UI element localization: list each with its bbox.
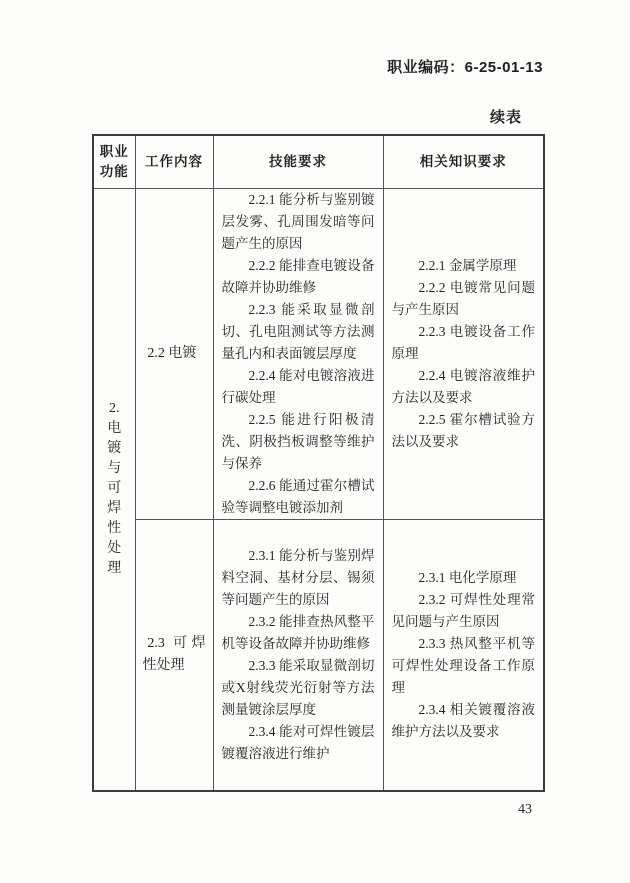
function-label-char: 性 — [107, 519, 121, 539]
skills-list: 2.2.1 能分析与鉴别镀层发雾、孔周围发暗等问题产生的原因2.2.2 能排查电… — [214, 189, 383, 519]
requirement-item: 2.2.3 电镀设备工作原理 — [392, 321, 536, 365]
function-label-char: 处 — [107, 539, 121, 559]
requirement-item: 2.3.1 能分析与鉴别焊料空洞、基材分层、锡须等问题产生的原因 — [222, 545, 375, 611]
requirement-item: 2.3.1 电化学原理 — [392, 567, 536, 589]
cell-skills-2-3: 2.3.1 能分析与鉴别焊料空洞、基材分层、锡须等问题产生的原因2.3.2 能排… — [213, 519, 383, 791]
requirement-item: 2.2.2 能排查电镀设备故障并协助维修 — [222, 255, 375, 299]
function-label-char: 2. — [109, 399, 120, 419]
skills-list: 2.3.1 能分析与鉴别焊料空洞、基材分层、锡须等问题产生的原因2.3.2 能排… — [214, 520, 383, 791]
document-page: 职业编码：6-25-01-13 续表 职业功能 工作内容 技能要求 相关知识要求… — [0, 0, 630, 883]
cell-occupation-function: 2.电镀与可焊性处理 — [93, 188, 135, 791]
requirement-item: 2.2.4 能对电镀溶液进行碳处理 — [222, 365, 375, 409]
cell-work-content-2-3: 2.3 可焊性处理 — [135, 519, 213, 791]
header-knowledge-requirements: 相关知识要求 — [383, 135, 544, 188]
requirements-table: 职业功能 工作内容 技能要求 相关知识要求 2.电镀与可焊性处理 2.2 电镀 … — [92, 134, 545, 792]
table-row: 2.电镀与可焊性处理 2.2 电镀 2.2.1 能分析与鉴别镀层发雾、孔周围发暗… — [93, 188, 544, 519]
header-skill-requirements: 技能要求 — [213, 135, 383, 188]
requirement-item: 2.3.2 可焊性处理常见问题与产生原因 — [392, 589, 536, 633]
function-label-char: 理 — [107, 559, 121, 579]
cell-skills-2-2: 2.2.1 能分析与鉴别镀层发雾、孔周围发暗等问题产生的原因2.2.2 能排查电… — [213, 188, 383, 519]
table-row: 2.3 可焊性处理 2.3.1 能分析与鉴别焊料空洞、基材分层、锡须等问题产生的… — [93, 519, 544, 791]
requirement-item: 2.2.3 能采取显微剖切、孔电阻测试等方法测量孔内和表面镀层厚度 — [222, 299, 375, 365]
work-content-label: 2.2 电镀 — [136, 343, 213, 365]
function-label-char: 可 — [107, 479, 121, 499]
requirement-item: 2.2.4 电镀溶液维护方法以及要求 — [392, 365, 536, 409]
requirement-item: 2.3.4 能对可焊性镀层镀覆溶液进行维护 — [222, 721, 375, 765]
requirement-item: 2.3.2 能排查热风整平机等设备故障并协助维修 — [222, 611, 375, 655]
requirement-item: 2.3.4 相关镀覆溶液维护方法以及要求 — [392, 699, 536, 743]
continued-table-label: 续表 — [490, 106, 522, 127]
function-label-vertical: 2.电镀与可焊性处理 — [94, 399, 135, 579]
header-work-content: 工作内容 — [135, 135, 213, 188]
page-number: 43 — [518, 802, 532, 818]
function-label-char: 与 — [107, 459, 121, 479]
work-content-label: 2.3 可焊性处理 — [136, 633, 213, 677]
requirement-item: 2.3.3 热风整平机等可焊性处理设备工作原理 — [392, 633, 536, 699]
header-occupation-function: 职业功能 — [93, 135, 135, 188]
cell-knowledge-2-3: 2.3.1 电化学原理2.3.2 可焊性处理常见问题与产生原因2.3.3 热风整… — [383, 519, 544, 791]
requirement-item: 2.3.3 能采取显微剖切或X射线荧光衍射等方法测量镀涂层厚度 — [222, 655, 375, 721]
function-label-char: 焊 — [107, 499, 121, 519]
function-label-char: 镀 — [107, 439, 121, 459]
requirement-item: 2.2.6 能通过霍尔槽试验等调整电镀添加剂 — [222, 475, 375, 519]
occupation-code-label: 职业编码：6-25-01-13 — [387, 56, 543, 77]
requirement-item: 2.2.5 霍尔槽试验方法以及要求 — [392, 409, 536, 453]
requirement-item: 2.2.1 金属学原理 — [392, 255, 536, 277]
cell-knowledge-2-2: 2.2.1 金属学原理2.2.2 电镀常见问题与产生原因2.2.3 电镀设备工作… — [383, 188, 544, 519]
knowledge-list: 2.2.1 金属学原理2.2.2 电镀常见问题与产生原因2.2.3 电镀设备工作… — [384, 189, 544, 519]
requirement-item: 2.2.1 能分析与鉴别镀层发雾、孔周围发暗等问题产生的原因 — [222, 189, 375, 255]
requirement-item: 2.2.5 能进行阳极清洗、阴极挡板调整等维护与保养 — [222, 409, 375, 475]
knowledge-list: 2.3.1 电化学原理2.3.2 可焊性处理常见问题与产生原因2.3.3 热风整… — [384, 520, 544, 791]
cell-work-content-2-2: 2.2 电镀 — [135, 188, 213, 519]
function-label-char: 电 — [107, 419, 121, 439]
requirement-item: 2.2.2 电镀常见问题与产生原因 — [392, 277, 536, 321]
table-header-row: 职业功能 工作内容 技能要求 相关知识要求 — [93, 135, 544, 188]
